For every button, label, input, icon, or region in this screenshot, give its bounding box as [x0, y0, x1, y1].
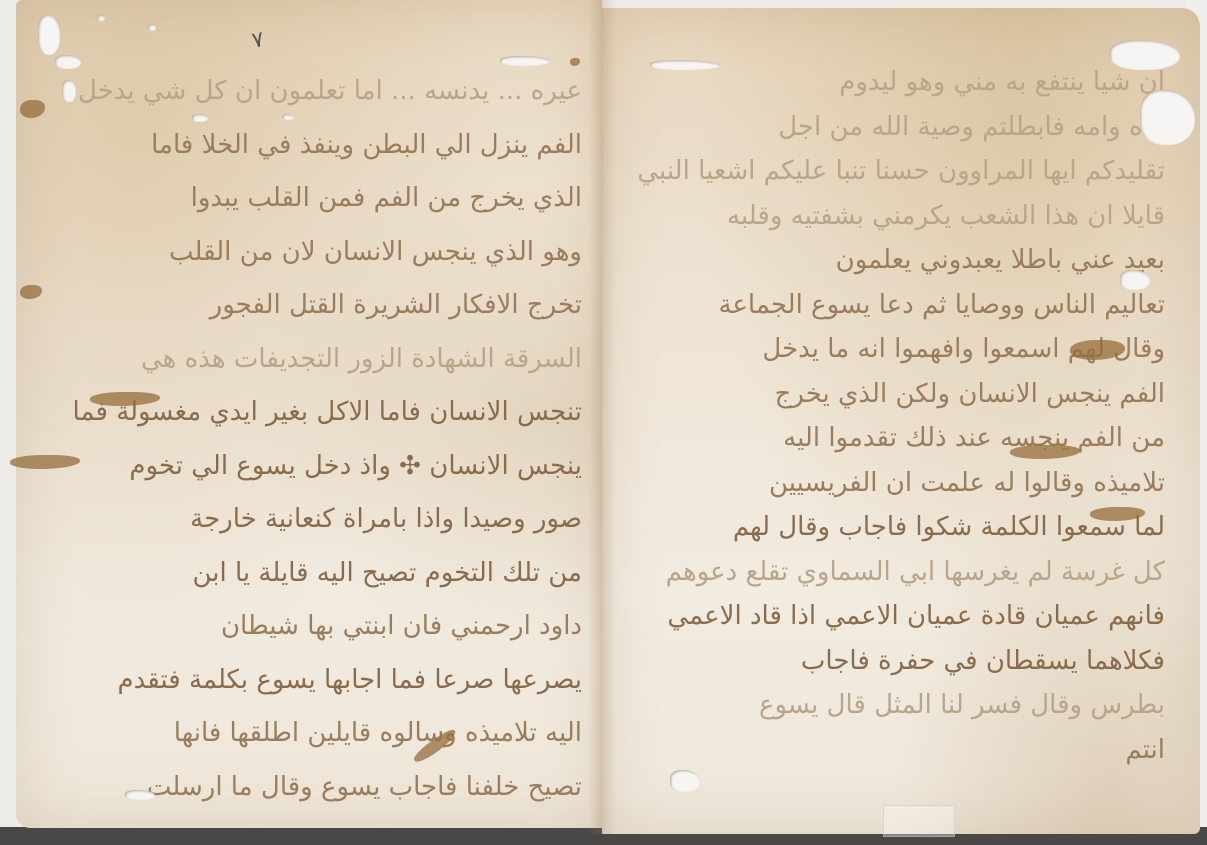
- text-line: وهو الذي ينجس الانسان لان من القلب: [62, 226, 582, 280]
- text-line: الفم ينجس الانسان ولكن الذي يخرج: [610, 372, 1165, 417]
- text-line: اباه وامه فابطلتم وصية الله من اجل: [610, 105, 1165, 150]
- text-line: تعاليم الناس ووصايا ثم دعا يسوع الجماعة: [610, 283, 1165, 328]
- text-line: بطرس وقال فسر لنا المثل قال يسوع: [610, 683, 1165, 728]
- text-line: بعيد عني باطلا يعبدوني يعلمون: [610, 238, 1165, 283]
- text-line: كل غرسة لم يغرسها ابي السماوي تقلع دعوهم: [610, 550, 1165, 595]
- text-line: تقليدكم ايها المراوون حسنا تنبا عليكم اش…: [610, 149, 1165, 194]
- repair-tape: [883, 805, 955, 837]
- text-line: داود ارحمني فان ابنتي بها شيطان: [62, 600, 582, 654]
- text-line: اليه تلاميذه وسالوه قايلين اطلقها فانها: [62, 707, 582, 761]
- text-line: تلاميذه وقالوا له علمت ان الفريسيين: [610, 461, 1165, 506]
- text-line: فكلاهما يسقطان في حفرة فاجاب: [610, 639, 1165, 684]
- text-line: السرقة الشهادة الزور التجديفات هذه هي: [62, 333, 582, 387]
- worm-hole: [282, 114, 294, 120]
- text-line: صور وصيدا واذا بامراة كنعانية خارجة: [62, 493, 582, 547]
- text-line: ينجس الانسان ✣ واذ دخل يسوع الي تخوم: [62, 440, 582, 494]
- text-line: قايلا ان هذا الشعب يكرمني بشفتيه وقلبه: [610, 194, 1165, 239]
- worm-hole: [97, 15, 105, 21]
- worm-hole: [148, 24, 156, 31]
- text-line: من الفم ينجسه عند ذلك تقدموا اليه: [610, 416, 1165, 461]
- worm-hole: [192, 114, 208, 122]
- text-line: عيره ... يدنسه ... اما تعلمون ان كل شي ي…: [62, 65, 582, 119]
- worm-hole: [1120, 270, 1150, 290]
- left-page-text: عيره ... يدنسه ... اما تعلمون ان كل شي ي…: [62, 65, 582, 814]
- text-line: من تلك التخوم تصيح اليه قايلة يا ابن: [62, 547, 582, 601]
- worm-hole: [125, 790, 155, 800]
- text-line: يصرعها صرعا فما اجابها يسوع بكلمة فتقدم: [62, 654, 582, 708]
- worm-hole: [55, 55, 81, 69]
- right-page-text: ان شيا ينتفع به مني وهو ليدوم اباه وامه …: [610, 60, 1165, 772]
- text-line: لما سمعوا الكلمة شكوا فاجاب وقال لهم: [610, 505, 1165, 550]
- worm-hole: [62, 80, 76, 102]
- text-line: الذي يخرج من الفم فمن القلب يبدوا: [62, 172, 582, 226]
- worm-hole: [500, 56, 550, 66]
- worm-hole: [1110, 40, 1180, 70]
- text-line: الفم ينزل الي البطن وينفذ في الخلا فاما: [62, 119, 582, 173]
- worm-hole: [670, 770, 700, 792]
- text-line: فانهم عميان قادة عميان الاعمي اذا قاد ال…: [610, 594, 1165, 639]
- text-line: تصيح خلفنا فاجاب يسوع وقال ما ارسلت: [62, 761, 582, 815]
- text-line: انتم: [610, 728, 1165, 773]
- text-line: تخرج الافكار الشريرة القتل الفجور: [62, 279, 582, 333]
- worm-hole: [650, 60, 720, 70]
- worm-hole: [38, 15, 60, 55]
- manuscript-spread: ٧ عيره ... يدنسه ... اما تعلمون ان كل شي…: [0, 0, 1207, 845]
